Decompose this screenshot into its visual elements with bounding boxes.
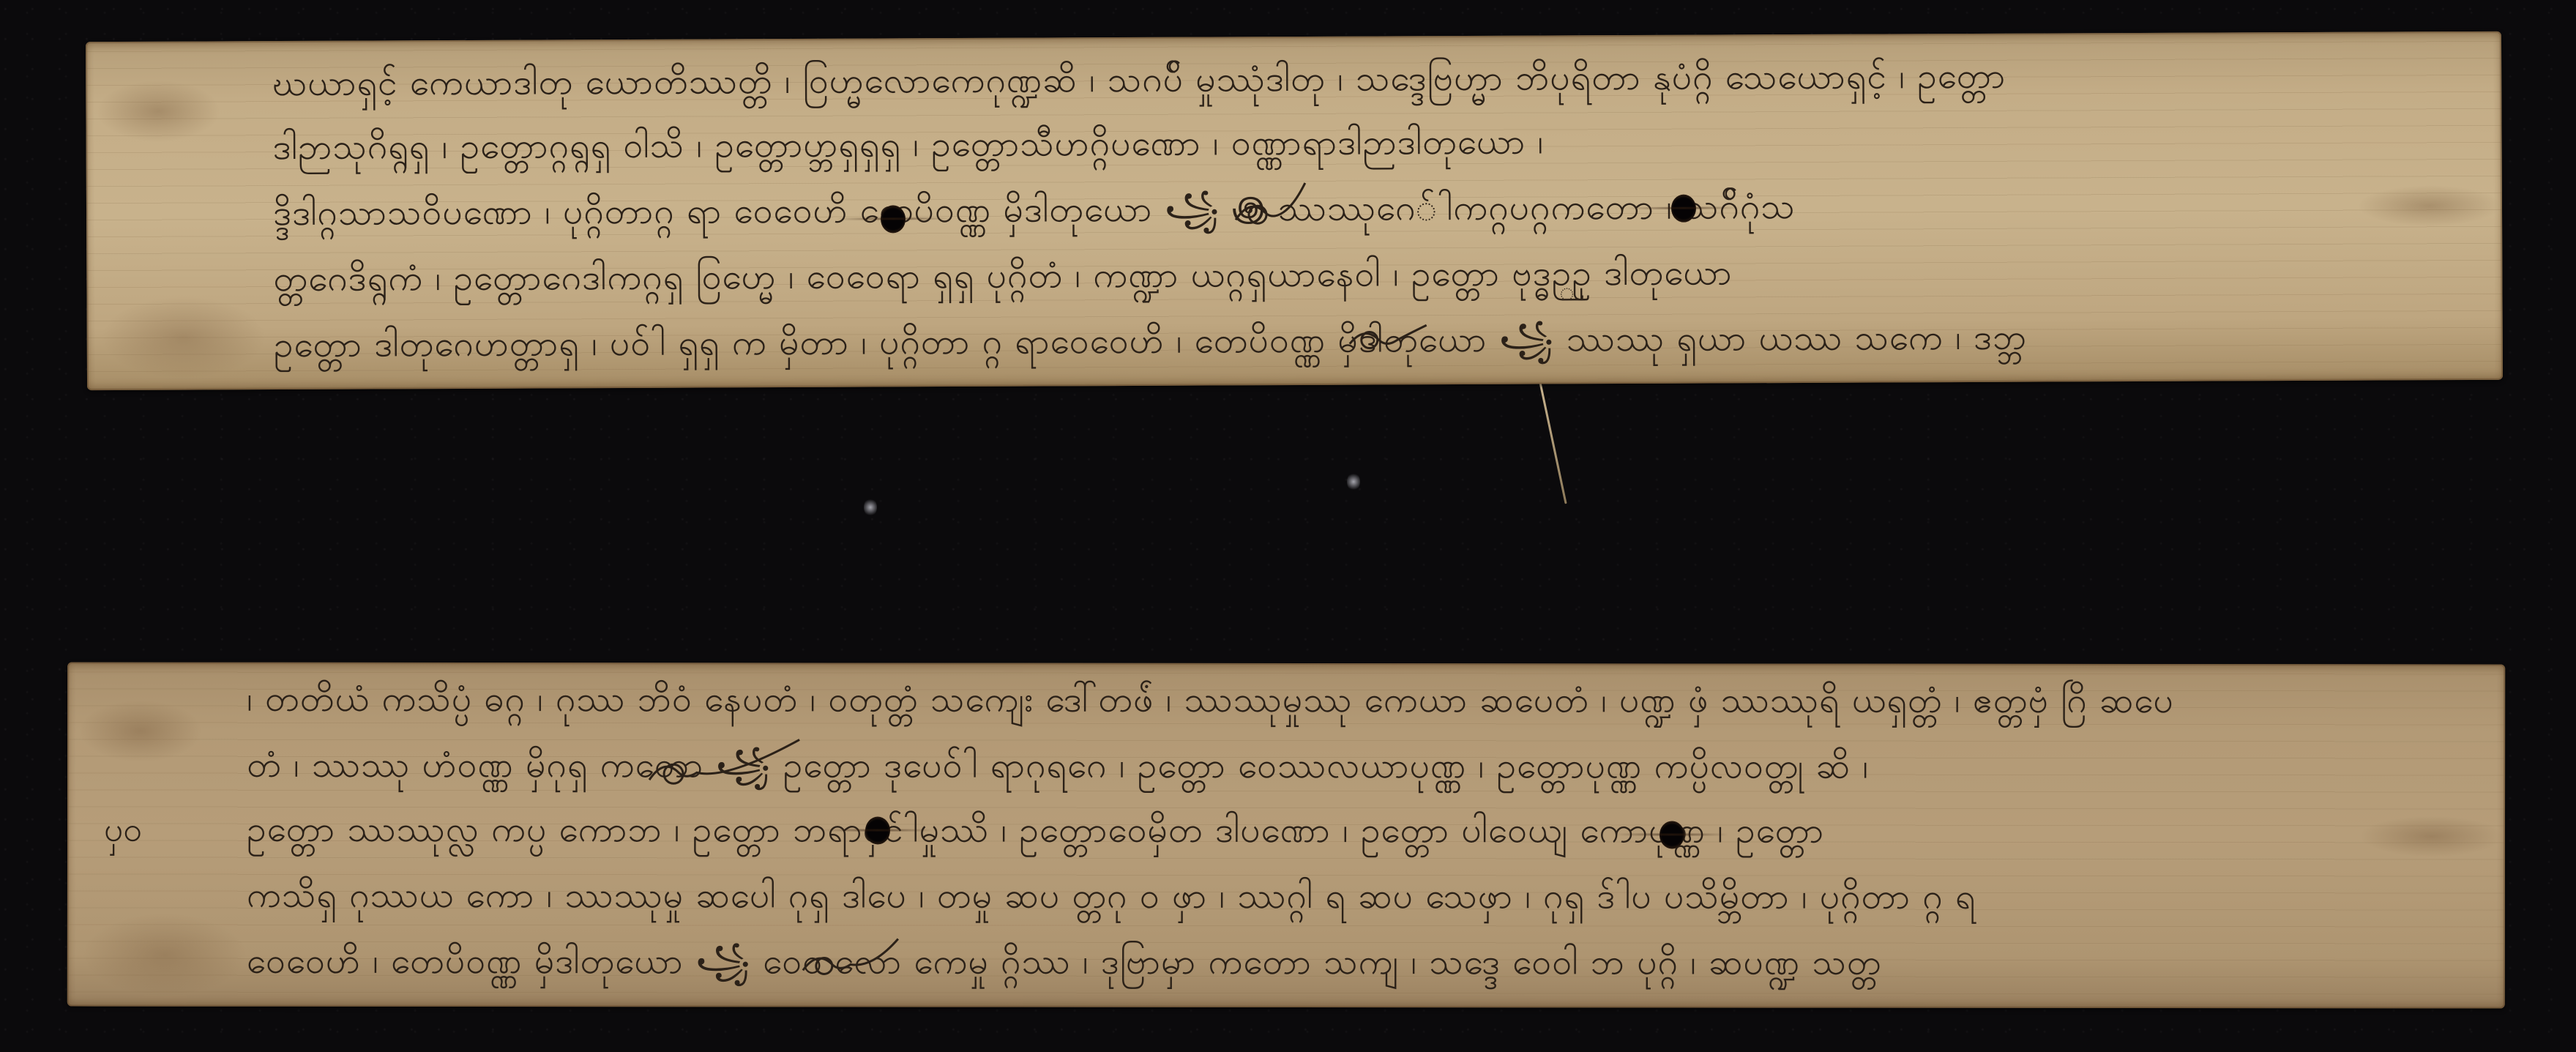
leaf-bottom-line-4: ကသိရှ ဂုဿယ ကော ၊ ဿဿုမှု ဆပေါ ဂုရှ ဒါပေ ၊… bbox=[247, 873, 1976, 919]
string-hole-right bbox=[1671, 195, 1696, 223]
loose-fiber bbox=[1539, 382, 1567, 504]
palm-leaf-bottom: ၦ၀ ၊ တတိယံ ကသိပ္ပံ ဓဂ္ဂ ၊ ဂုဿ ဘိဝံ နေပတံ… bbox=[67, 663, 2505, 1009]
leaf-bottom-line-5: ဝေဝေဟိ ၊ တေပိဝဏ္ဏ မှိဒါတုယော ꧁ ဝေဝ လော က… bbox=[247, 939, 1882, 985]
palm-leaf-top: ဃယာရှင့် ကေယာဒါတု ယောတိဿတ္တိ ၊ ဝြဟ္မလောက… bbox=[86, 31, 2503, 390]
leaf-top-line-1: ဃယာရှင့် ကေယာဒါတု ယောတိဿတ္တိ ၊ ဝြဟ္မလောက… bbox=[272, 54, 2006, 105]
leaf-top-line-4: တ္တဂေဒိရ္ဂကံ ၊ ဥတ္တောဂေဒါကဂ္ဂရှ ဝြဟ္မေ ၊… bbox=[273, 250, 1732, 301]
lint-speck bbox=[1347, 472, 1360, 491]
string-hole-left bbox=[865, 816, 890, 844]
scroll-flourish-icon bbox=[646, 736, 807, 802]
leaf-bottom-line-2: တံ ၊ ဿဿု ဟံဝဏ္ဏ မှိဂုရှ ကတော ꧁ ဥတ္တော ဒု… bbox=[247, 743, 1869, 788]
leaf-top-line-3: ဒ္ဒိဒါဂ္ဂသာသဝိပဏော ၊ ပုဂ္ဂိတာဂ္ဂ ရာ ဝေဝေ… bbox=[273, 184, 1796, 235]
lint-speck bbox=[864, 498, 877, 517]
scroll-flourish-icon bbox=[1228, 179, 1324, 239]
string-hole-right bbox=[1660, 821, 1684, 848]
scroll-flourish-icon bbox=[799, 933, 902, 985]
leaf-top-line-2: ဒါဉာသုဂိရ္ဂရှ ၊ ဥတ္တောဂ္ဂရ္ဂရှ ဝါသိ ၊ ဥတ… bbox=[272, 120, 1544, 170]
string-hole-left bbox=[881, 205, 906, 233]
scroll-flourish-icon bbox=[1346, 314, 1434, 359]
leaf-bottom-line-3: ဥတ္တော ဿဿုလ္လ ကပ္ပ ကောဘ ၊ ဥတ္တော ဘရာမှင်… bbox=[247, 807, 1824, 853]
leaf-bottom-line-1: ၊ တတိယံ ကသိပ္ပံ ဓဂ္ဂ ၊ ဂုဿ ဘိဝံ နေပတံ ၊ … bbox=[247, 677, 2174, 723]
folio-marker: ၦ၀ bbox=[104, 809, 142, 858]
leaf-top-line-5: ဥတ္တော ဒါတုဂေဟတ္တာရှ ၊ ပဝ်ါ ရှရှ က မှိတာ… bbox=[274, 316, 2028, 367]
